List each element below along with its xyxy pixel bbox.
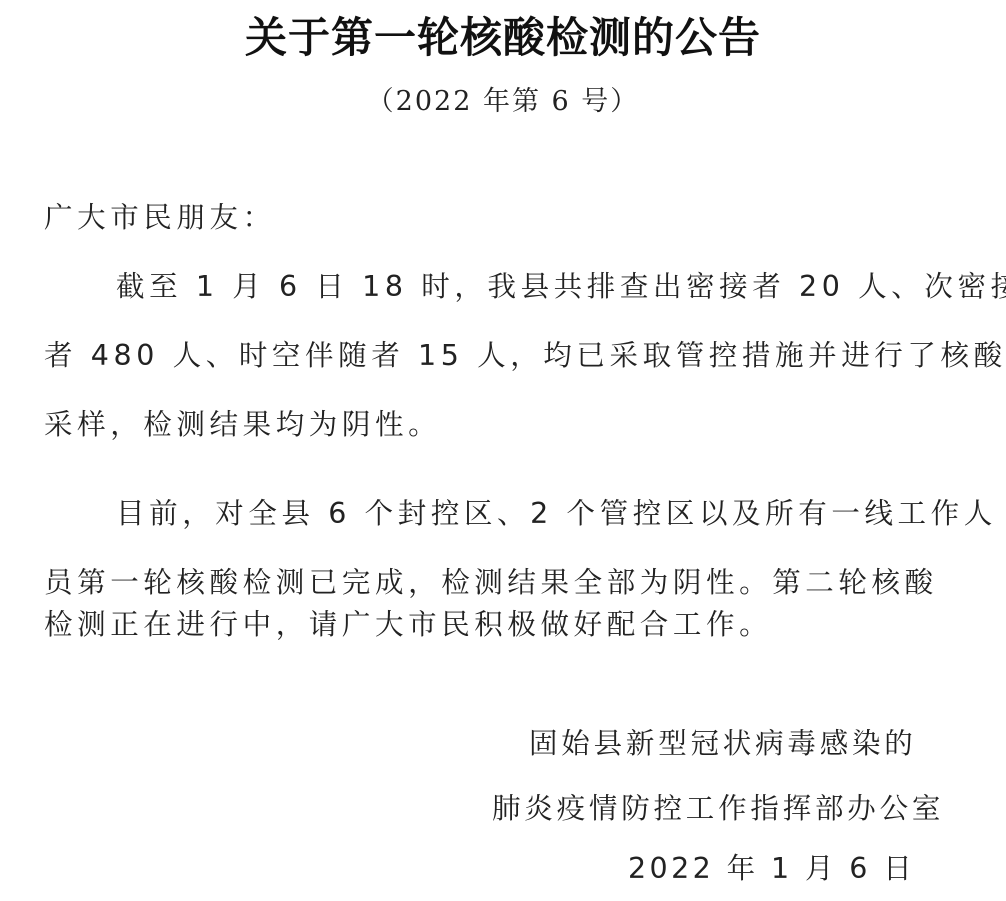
document-title: 关于第一轮核酸检测的公告 (0, 8, 1006, 68)
paragraph-line: 检测正在进行中，请广大市民积极做好配合工作。 (44, 605, 772, 645)
paragraph-line: 者 480 人、时空伴随者 15 人，均已采取管控措施并进行了核酸 (44, 336, 1006, 376)
document-number: （2022 年第 6 号） (0, 82, 1006, 122)
paragraph-line: 采样，检测结果均为阴性。 (44, 405, 441, 445)
issue-date: 2022 年 1 月 6 日 (628, 849, 915, 889)
paragraph-line: 截至 1 月 6 日 18 时，我县共排查出密接者 20 人、次密接 (116, 267, 1006, 307)
paragraph-line: 员第一轮核酸检测已完成，检测结果全部为阴性。第二轮核酸 (44, 563, 938, 603)
issuer-line-1: 固始县新型冠状病毒感染的 (529, 724, 917, 764)
paragraph-line: 目前，对全县 6 个封控区、2 个管控区以及所有一线工作人 (116, 494, 997, 534)
issuer-line-2: 肺炎疫情防控工作指挥部办公室 (492, 789, 944, 829)
salutation: 广大市民朋友： (44, 198, 276, 238)
